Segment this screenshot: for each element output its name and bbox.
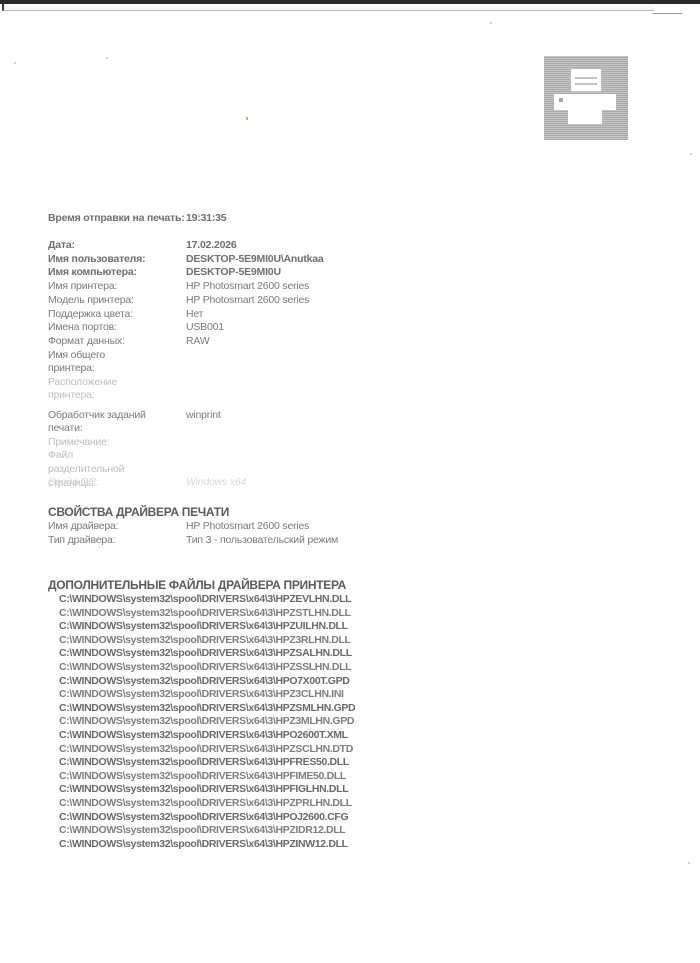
info-label: Файл разделительной страницы: — [48, 449, 148, 476]
info-row-share-name: Имя общего принтера: — [48, 349, 368, 376]
info-value: 19:31:35 — [186, 212, 368, 239]
info-row-computer: Имя компьютера: DESKTOP-5E9MI0U — [48, 266, 368, 280]
file-path: C:\WINDOWS\system32\spool\DRIVERS\x64\3\… — [59, 675, 408, 689]
info-value — [186, 449, 368, 476]
info-row-ports: Имена портов: USB001 — [48, 321, 368, 335]
printer-led — [559, 98, 563, 102]
printer-body — [554, 94, 616, 110]
info-row-comment: Примечание: — [48, 436, 368, 450]
info-label: Имя пользователя: — [48, 253, 186, 267]
info-label: Расположение принтера: — [48, 376, 128, 403]
info-value: DESKTOP-5E9MI0U — [186, 266, 368, 280]
file-path: C:\WINDOWS\system32\spool\DRIVERS\x64\3\… — [59, 607, 408, 621]
file-path: C:\WINDOWS\system32\spool\DRIVERS\x64\3\… — [59, 770, 408, 784]
driver-label: Имя драйвера: — [48, 520, 186, 534]
file-path: C:\WINDOWS\system32\spool\DRIVERS\x64\3\… — [59, 729, 408, 743]
file-path: C:\WINDOWS\system32\spool\DRIVERS\x64\3\… — [59, 661, 408, 675]
additional-files-section: ДОПОЛНИТЕЛЬНЫЕ ФАЙЛЫ ДРАЙВЕРА ПРИНТЕРА C… — [48, 578, 408, 851]
info-row-user: Имя пользователя: DESKTOP-5E9MI0U\Anutka… — [48, 253, 368, 267]
driver-label: Тип драйвера: — [48, 534, 186, 548]
info-label: Время отправки на печать: — [48, 212, 186, 239]
info-value: Windows x64 — [186, 476, 368, 490]
info-value: RAW — [186, 335, 368, 349]
info-row-location: Расположение принтера: — [48, 376, 368, 403]
info-label: Формат данных: — [48, 335, 186, 349]
file-path: C:\WINDOWS\system32\spool\DRIVERS\x64\3\… — [59, 783, 408, 797]
info-value: Нет — [186, 308, 368, 322]
driver-value: HP Photosmart 2600 series — [186, 520, 408, 534]
info-label: Среда ОС: — [48, 476, 186, 490]
info-value: HP Photosmart 2600 series — [186, 280, 368, 294]
info-value: USB001 — [186, 321, 368, 335]
info-row-data-format: Формат данных: RAW — [48, 335, 368, 349]
file-path: C:\WINDOWS\system32\spool\DRIVERS\x64\3\… — [59, 811, 408, 825]
info-row-color-support: Поддержка цвета: Нет — [48, 308, 368, 322]
info-label: Дата: — [48, 239, 186, 253]
printer-icon — [544, 56, 628, 140]
file-path: C:\WINDOWS\system32\spool\DRIVERS\x64\3\… — [59, 702, 408, 716]
info-label: Поддержка цвета: — [48, 308, 186, 322]
file-path: C:\WINDOWS\system32\spool\DRIVERS\x64\3\… — [59, 824, 408, 838]
print-job-info: Время отправки на печать: 19:31:35 Дата:… — [48, 212, 368, 490]
info-row-print-processor: Обработчик заданий печати: winprint — [48, 409, 368, 436]
info-row-printer-model: Модель принтера: HP Photosmart 2600 seri… — [48, 294, 368, 308]
file-path: C:\WINDOWS\system32\spool\DRIVERS\x64\3\… — [59, 647, 408, 661]
scan-speck — [688, 862, 690, 864]
driver-value: Тип 3 - пользовательский режим — [186, 534, 408, 548]
scan-speck — [106, 57, 108, 59]
scan-paper-edge — [2, 4, 654, 11]
scan-fold-line — [643, 3, 682, 14]
info-label: Модель принтера: — [48, 294, 186, 308]
additional-files-title: ДОПОЛНИТЕЛЬНЫЕ ФАЙЛЫ ДРАЙВЕРА ПРИНТЕРА — [48, 578, 408, 593]
info-row-os-environment: Среда ОС: Windows x64 — [48, 476, 368, 490]
info-value — [118, 349, 368, 376]
info-label: Имена портов: — [48, 321, 186, 335]
scan-speck — [246, 117, 248, 120]
info-row-date: Дата: 17.02.2026 — [48, 239, 368, 253]
file-path: C:\WINDOWS\system32\spool\DRIVERS\x64\3\… — [59, 620, 408, 634]
driver-properties-section: СВОЙСТВА ДРАЙВЕРА ПЕЧАТИ Имя драйвера: H… — [48, 505, 408, 547]
file-path: C:\WINDOWS\system32\spool\DRIVERS\x64\3\… — [59, 743, 408, 757]
printer-paper-out — [570, 68, 602, 92]
printer-tray — [568, 110, 602, 124]
scan-speck — [14, 62, 16, 64]
info-label: Примечание: — [48, 436, 186, 450]
file-path: C:\WINDOWS\system32\spool\DRIVERS\x64\3\… — [59, 688, 408, 702]
info-row-separator-file: Файл разделительной страницы: — [48, 449, 368, 476]
info-row-printer-name: Имя принтера: HP Photosmart 2600 series — [48, 280, 368, 294]
file-path: C:\WINDOWS\system32\spool\DRIVERS\x64\3\… — [59, 593, 408, 607]
file-path: C:\WINDOWS\system32\spool\DRIVERS\x64\3\… — [59, 715, 408, 729]
info-label: Обработчик заданий печати: — [48, 409, 148, 436]
info-label: Имя общего принтера: — [48, 349, 118, 376]
file-path: C:\WINDOWS\system32\spool\DRIVERS\x64\3\… — [59, 797, 408, 811]
driver-row-name: Имя драйвера: HP Photosmart 2600 series — [48, 520, 408, 534]
info-value: DESKTOP-5E9MI0U\Anutkaa — [186, 253, 368, 267]
file-path: C:\WINDOWS\system32\spool\DRIVERS\x64\3\… — [59, 838, 408, 852]
scan-speck — [690, 153, 692, 155]
scan-speck — [490, 22, 492, 24]
info-value: 17.02.2026 — [186, 239, 368, 253]
driver-properties-title: СВОЙСТВА ДРАЙВЕРА ПЕЧАТИ — [48, 505, 408, 520]
info-value: winprint — [186, 409, 368, 436]
info-label: Имя компьютера: — [48, 266, 186, 280]
info-value — [186, 436, 368, 450]
file-path: C:\WINDOWS\system32\spool\DRIVERS\x64\3\… — [59, 634, 408, 648]
info-label: Имя принтера: — [48, 280, 186, 294]
info-value: HP Photosmart 2600 series — [186, 294, 368, 308]
info-value — [128, 376, 368, 403]
file-list: C:\WINDOWS\system32\spool\DRIVERS\x64\3\… — [48, 593, 408, 851]
driver-row-type: Тип драйвера: Тип 3 - пользовательский р… — [48, 534, 408, 548]
file-path: C:\WINDOWS\system32\spool\DRIVERS\x64\3\… — [59, 756, 408, 770]
info-row-send-time: Время отправки на печать: 19:31:35 — [48, 212, 368, 239]
